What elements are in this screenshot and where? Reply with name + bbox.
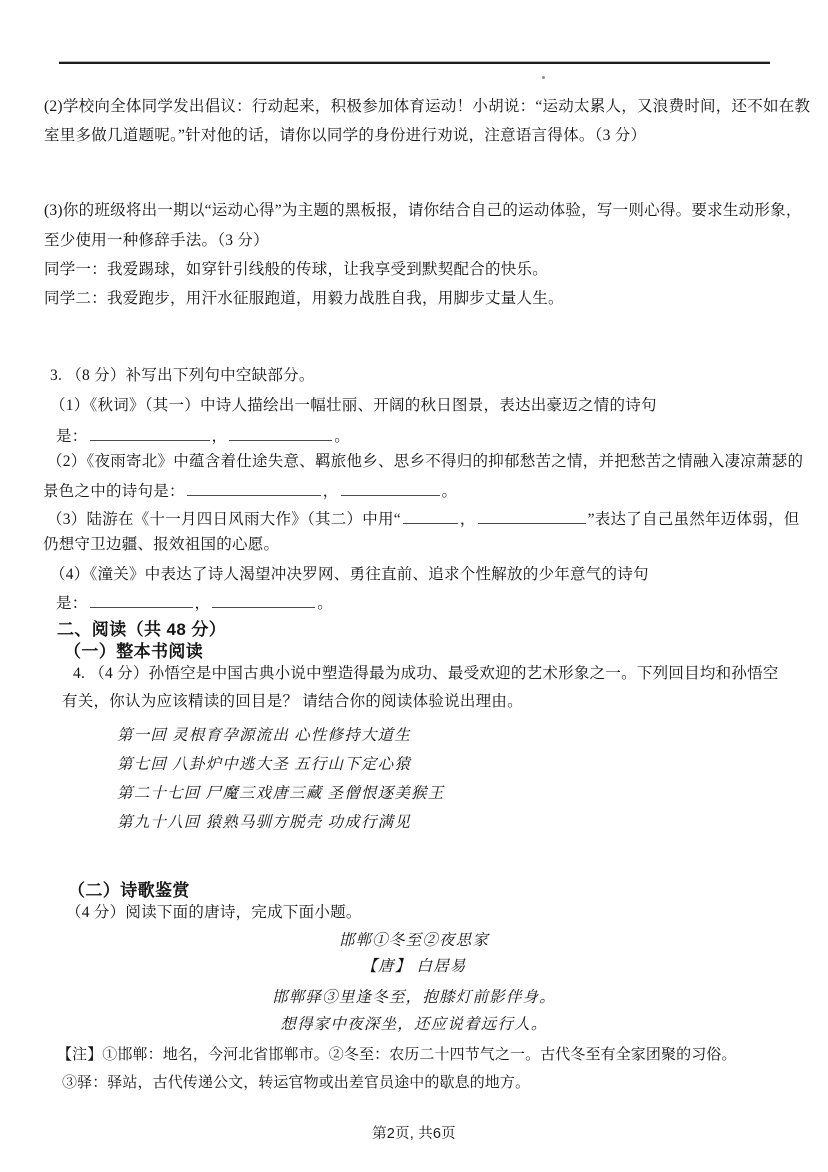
answer-blank [90, 426, 210, 441]
poem-author: 【唐】 白居易 [0, 957, 828, 977]
q5-stem: （4 分）阅读下面的唐诗，完成下面小题。 [66, 903, 362, 923]
q3-item4-answer-line: 是：，。 [56, 593, 333, 614]
q2-student1-example: 同学一：我爱踢球，如穿针引线般的传球，让我享受到默契配合的快乐。 [44, 260, 548, 280]
q4-line1: 4. （4 分）孙悟空是中国古典小说中塑造得最为成功、最受欢迎的艺术形象之一。下… [73, 664, 779, 684]
poem-note-line1: 【注】①邯郸：地名，今河北省邯郸市。②冬至：农历二十四节气之一。古代冬至有全家团… [57, 1045, 737, 1065]
comma: ， [460, 511, 476, 528]
answer-blank [478, 509, 586, 524]
q3-item4-text: （4）《潼关》中表达了诗人渴望冲决罗网、勇往直前、追求个性解放的少年意气的诗句 [50, 565, 649, 585]
chapter-item: 第九十八回 猿熟马驯方脱壳 功成行满见 [117, 813, 411, 833]
answer-prefix: 景色之中的诗句是： [43, 483, 185, 500]
comma: ， [195, 595, 211, 612]
answer-prefix: 是： [56, 595, 88, 612]
answer-blank [187, 481, 321, 496]
q3-item2-line1: （2）《夜雨寄北》中蕴含着仕途失意、羁旅他乡、思乡不得归的抑郁愁苦之情，并把愁苦… [47, 452, 803, 472]
poem-title: 邯郸①冬至②夜思家 [0, 931, 828, 951]
answer-prefix: 是： [56, 428, 88, 445]
chapter-item: 第二十七回 尸魔三戏唐三藏 圣僧恨逐美猴王 [117, 784, 444, 804]
chapter-item: 第一回 灵根育孕源流出 心性修持大道生 [117, 726, 411, 746]
answer-blank [403, 509, 458, 524]
item3-suffix: ”表达了自己虽然年迈体弱，但 [588, 511, 800, 528]
page-number: 第2页, 共6页 [0, 1124, 828, 1144]
q4-line2: 有关，你认为应该精读的回目是？ 请结合你的阅读体验说出理由。 [62, 692, 523, 712]
q3-item3-line2: 仍想守卫边疆、报效祖国的心愿。 [43, 535, 279, 555]
q3-stem: 3. （8 分）补写出下列句中空缺部分。 [50, 366, 315, 386]
section2-title: 二、阅读（共 48 分） [57, 620, 226, 640]
q3-item1-text: （1）《秋词》（其一）中诗人描绘出一幅壮丽、开阔的秋日图景，表达出豪迈之情的诗句 [50, 396, 657, 416]
item3-prefix: （3）陆游在《十一月四日风雨大作》（其二）中用“ [47, 511, 401, 528]
q2-part3-line2: 至少使用一种修辞手法。（3 分） [44, 231, 269, 251]
q3-item1-answer-line: 是：，。 [56, 426, 350, 447]
q2-part2-line1: (2)学校向全体同学发出倡议：行动起来，积极参加体育运动！小胡说：“运动太累人，… [44, 97, 810, 117]
answer-blank [90, 593, 193, 608]
poem-line: 想得家中夜深坐，还应说着远行人。 [0, 1015, 828, 1035]
poem-note-line2: ③驿：驿站，古代传递公文，转运官物或出差官员途中的歇息的地方。 [62, 1073, 530, 1093]
q2-student2-example: 同学二：我爱跑步，用汗水征服跑道，用毅力战胜自我，用脚步丈量人生。 [44, 289, 564, 309]
poem-line: 邯郸驿③里逢冬至，抱膝灯前影伴身。 [0, 988, 828, 1008]
answer-blank [212, 593, 315, 608]
comma: ， [323, 483, 339, 500]
section2-sub2-title: （二）诗歌鉴赏 [68, 881, 190, 901]
answer-blank [341, 481, 440, 496]
period: 。 [317, 595, 333, 612]
q3-item3-line1: （3）陆游在《十一月四日风雨大作》（其二）中用“，”表达了自己虽然年迈体弱，但 [47, 509, 800, 530]
section2-sub1-title: （一）整本书阅读 [64, 642, 203, 662]
chapter-item: 第七回 八卦炉中逃大圣 五行山下定心猿 [117, 755, 411, 775]
period: 。 [442, 483, 458, 500]
answer-blank [229, 426, 332, 441]
header-divider [59, 62, 770, 64]
period: 。 [334, 428, 350, 445]
q2-part2-line2: 室里多做几道题呢。”针对他的话，请你以同学的身份进行劝说，注意语言得体。（3 分… [44, 126, 646, 146]
stray-mark [542, 76, 545, 79]
q3-item2-answer-line: 景色之中的诗句是：，。 [43, 481, 457, 502]
q2-part3-line1: (3)你的班级将出一期以“运动心得”为主题的黑板报，请你结合自己的运动体验，写一… [44, 201, 802, 221]
exam-page: (2)学校向全体同学发出倡议：行动起来，积极参加体育运动！小胡说：“运动太累人，… [0, 0, 828, 1172]
comma: ， [212, 428, 228, 445]
